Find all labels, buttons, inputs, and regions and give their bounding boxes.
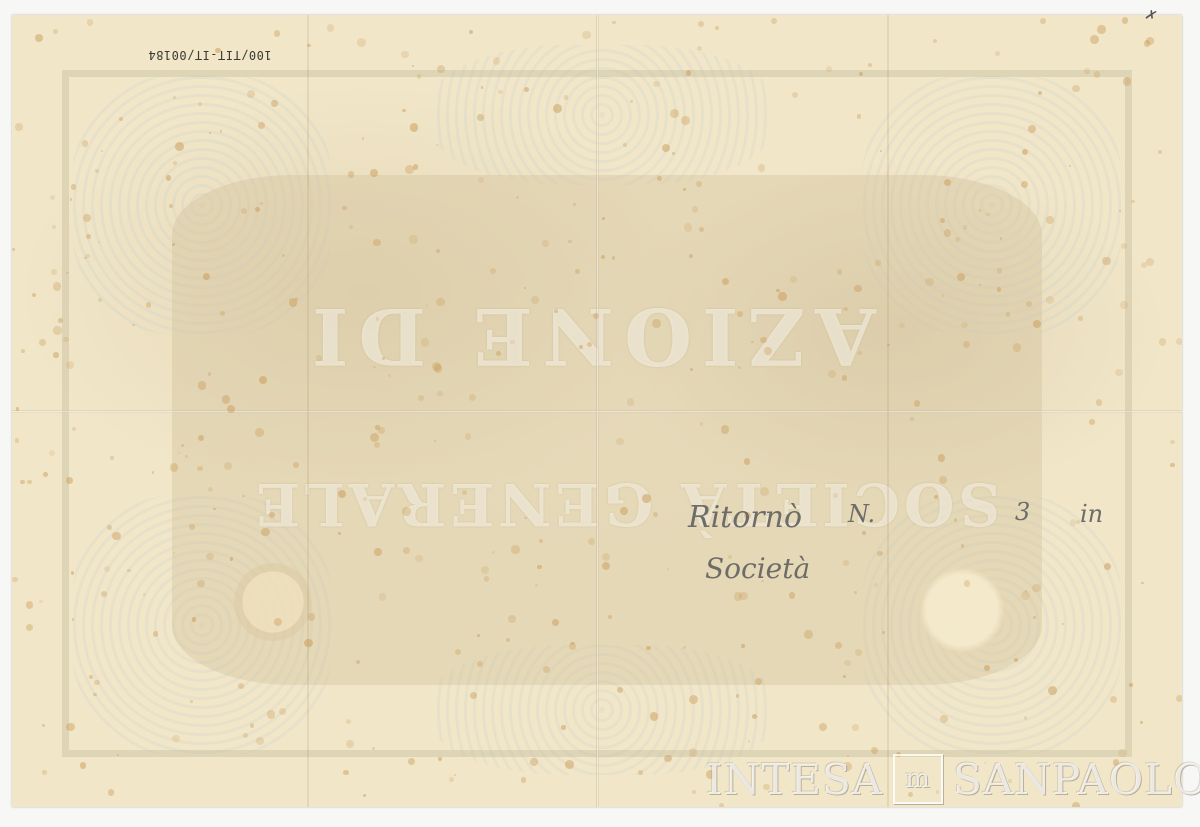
embossed-seal-left xyxy=(234,563,312,641)
intesa-sanpaolo-watermark: INTESA m SANPAOLO xyxy=(706,754,1200,804)
watermark-text-right: SANPAOLO xyxy=(953,755,1200,804)
handwritten-number: 3 xyxy=(1015,498,1030,526)
handwritten-word-in: in xyxy=(1080,500,1103,528)
watermark-logo-icon: m xyxy=(893,754,943,804)
fold-line-vertical-right xyxy=(887,15,889,807)
handwritten-word-ritorno: Ritornò xyxy=(688,500,802,535)
handwritten-word-societa: Società xyxy=(705,552,810,585)
fold-line-horizontal xyxy=(12,410,1182,413)
fold-line-vertical-left xyxy=(307,15,309,807)
watermark-text-left: INTESA xyxy=(706,755,883,804)
archive-reference-number: 100/TIT-IT/00184 xyxy=(148,48,272,62)
certificate-sheet: AZIONE DI SOCIETÀ GENERALE xyxy=(12,15,1182,807)
show-through-title: AZIONE DI xyxy=(302,290,876,381)
handwritten-word-n: N. xyxy=(848,500,875,528)
embossed-seal-right xyxy=(912,560,1012,660)
